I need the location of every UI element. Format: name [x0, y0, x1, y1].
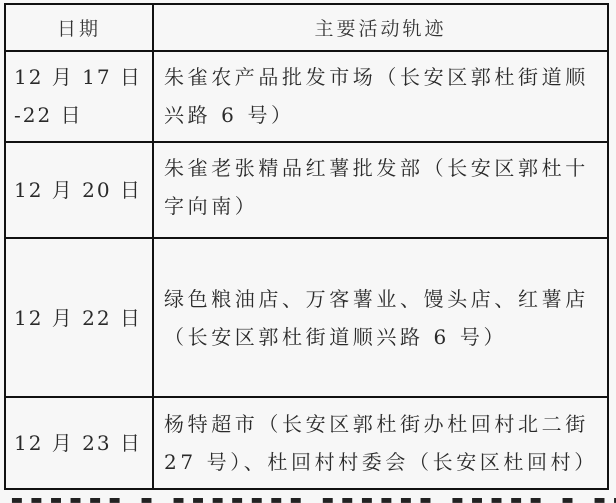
table-row: 12 月 22 日 绿色粮油店、万客薯业、馒头店、红薯店（长安区郭杜街道顺兴路 …	[5, 238, 608, 397]
header-activity: 主要活动轨迹	[153, 4, 608, 51]
table-row: 12 月 17 日 -22 日 朱雀农产品批发市场（长安区郭杜街道顺兴路 6 号…	[5, 51, 608, 142]
date-cell: 12 月 17 日 -22 日	[5, 51, 153, 142]
activity-cell: 朱雀老张精品红薯批发部（长安区郭杜十字向南）	[153, 142, 608, 238]
date-cell: 12 月 20 日	[5, 142, 153, 238]
activity-cell: 绿色粮油店、万客薯业、馒头店、红薯店（长安区郭杜街道顺兴路 6 号）	[153, 238, 608, 397]
date-cell: 12 月 22 日	[5, 238, 153, 397]
clipped-text-line: ▪▪▪▪▪▪ ▪ ▪▪▪▪▪▪▪ ▪▪▪▪▪▪ ▪▪▪▪▪ ▪ ▪▪▪▪▪▪	[0, 498, 616, 503]
date-cell: 12 月 23 日	[5, 397, 153, 489]
table-row: 12 月 20 日 朱雀老张精品红薯批发部（长安区郭杜十字向南）	[5, 142, 608, 238]
header-date: 日期	[5, 4, 153, 51]
activity-cell: 朱雀农产品批发市场（长安区郭杜街道顺兴路 6 号）	[153, 51, 608, 142]
activity-trajectory-table: 日期 主要活动轨迹 12 月 17 日 -22 日 朱雀农产品批发市场（长安区郭…	[4, 3, 609, 490]
activity-cell: 杨特超市（长安区郭杜街办杜回村北二街 27 号）、杜回村村委会（长安区杜回村）	[153, 397, 608, 489]
table-row: 12 月 23 日 杨特超市（长安区郭杜街办杜回村北二街 27 号）、杜回村村委…	[5, 397, 608, 489]
clipped-text: ▪▪▪▪▪▪ ▪ ▪▪▪▪▪▪▪ ▪▪▪▪▪▪ ▪▪▪▪▪ ▪ ▪▪▪▪▪▪	[0, 498, 616, 503]
table-header-row: 日期 主要活动轨迹	[5, 4, 608, 51]
